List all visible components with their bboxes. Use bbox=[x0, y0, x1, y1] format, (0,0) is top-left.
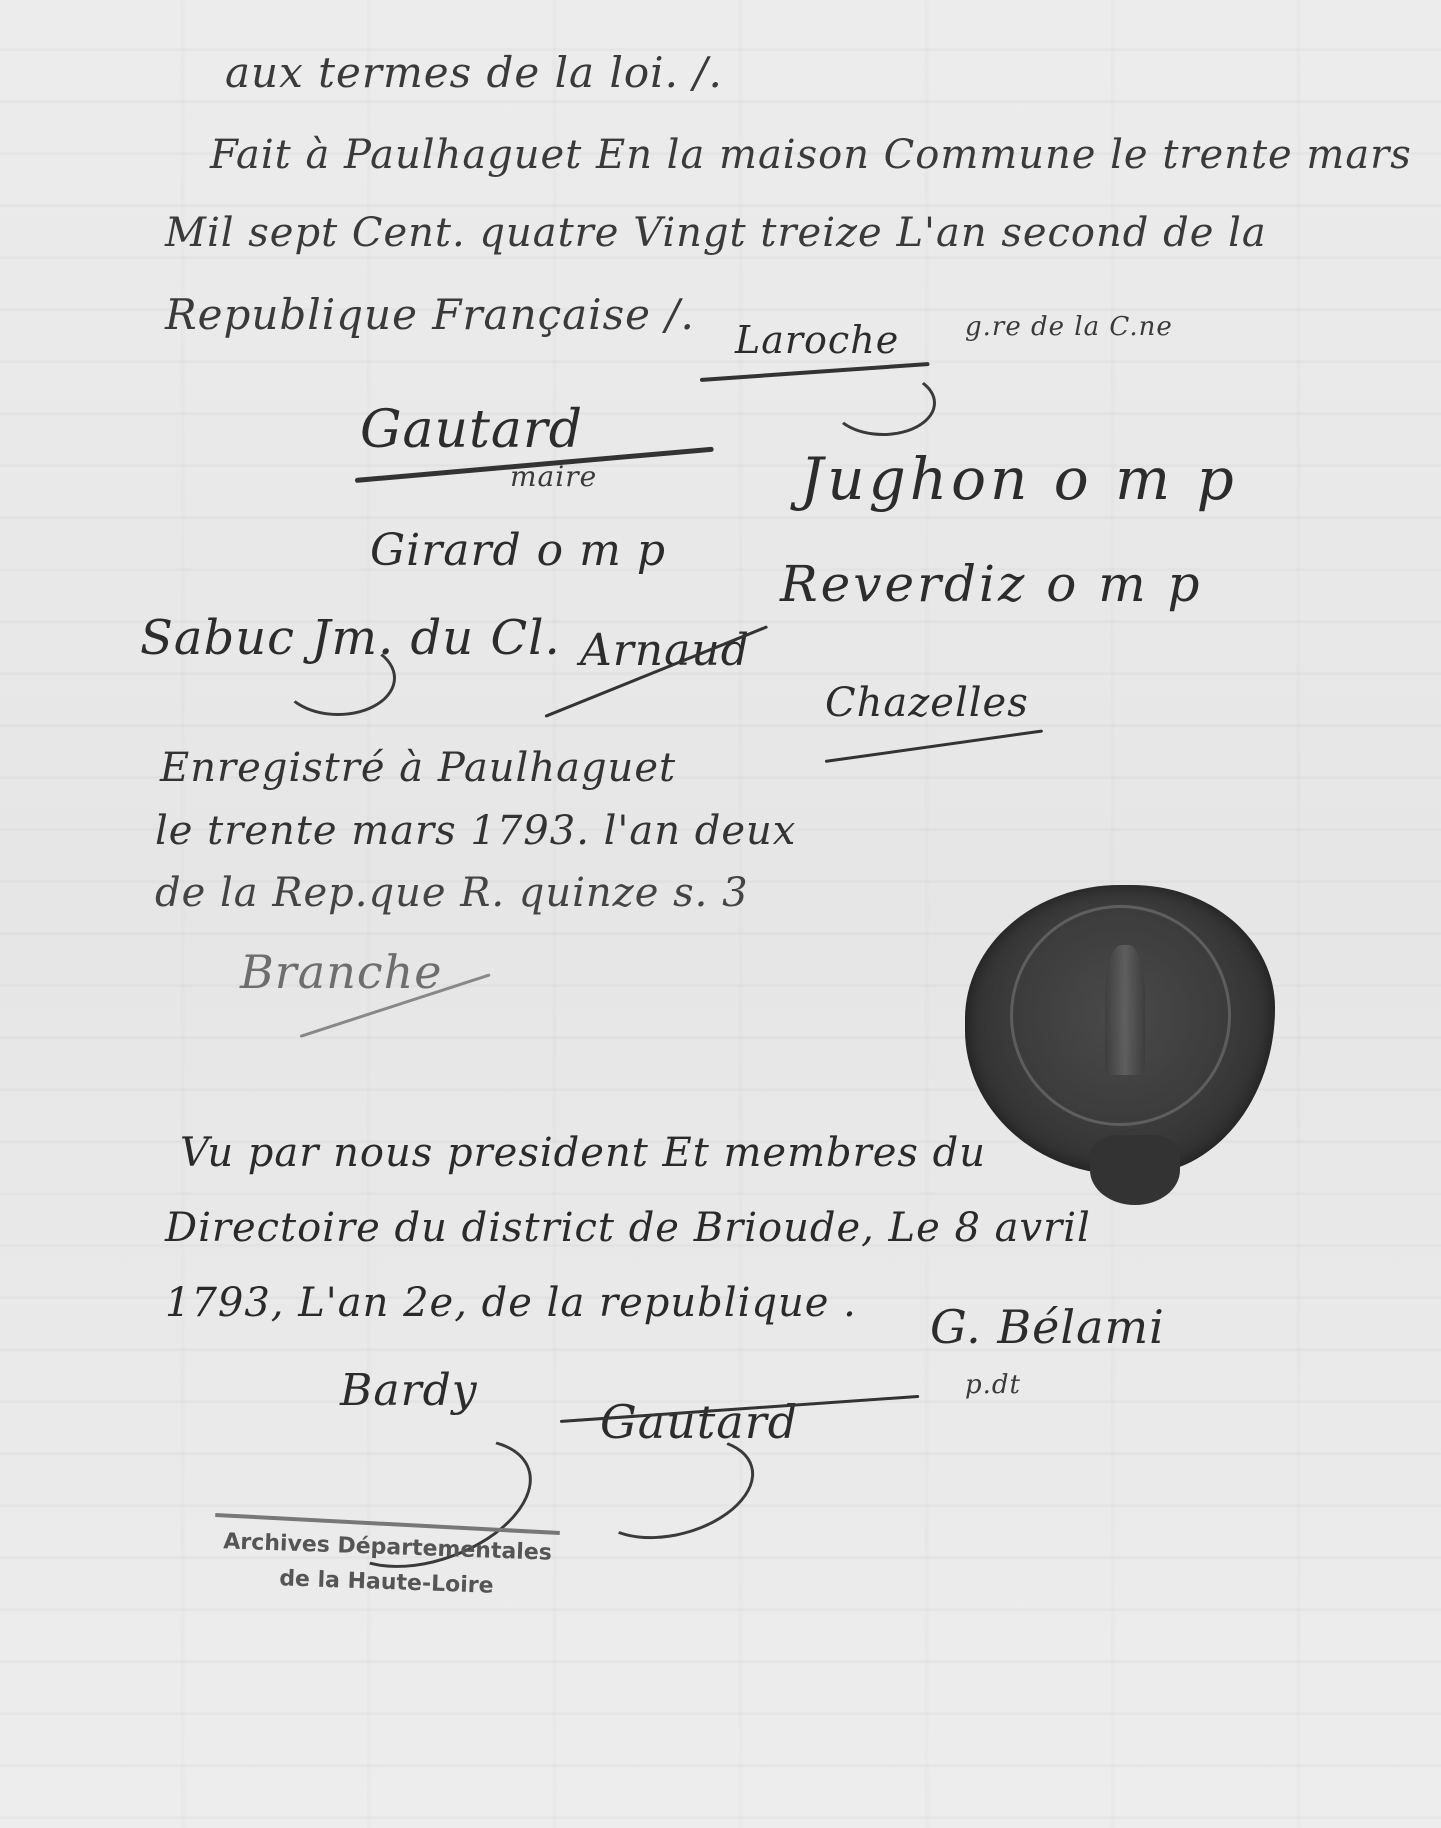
signature-belami: G. Bélami bbox=[930, 1300, 1165, 1354]
chazelles-underline bbox=[825, 729, 1043, 763]
archive-stamp: Archives Départementales de la Haute-Loi… bbox=[211, 1529, 563, 1601]
signature-girard: Girard o m p bbox=[370, 525, 666, 576]
seal-figure bbox=[1105, 945, 1145, 1075]
signature-bardy: Bardy bbox=[340, 1365, 478, 1416]
signature-mayor: Gautard bbox=[360, 400, 583, 460]
signature-belami-title: p.dt bbox=[965, 1370, 1021, 1400]
body-line-1: aux termes de la loi. /. bbox=[225, 48, 723, 97]
sabuc-flourish bbox=[280, 640, 396, 716]
registration-line-1: Enregistré à Paulhaguet bbox=[160, 745, 676, 791]
signature-laroche: Laroche bbox=[735, 318, 899, 362]
laroche-flourish bbox=[830, 370, 936, 436]
directory-line-1: Vu par nous president Et membres du bbox=[180, 1130, 986, 1176]
body-line-3: Mil sept Cent. quatre Vingt treize L'an … bbox=[165, 210, 1267, 256]
registration-line-3: de la Rep.que R. quinze s. 3 bbox=[155, 870, 749, 916]
registration-line-2: le trente mars 1793. l'an deux bbox=[155, 808, 796, 854]
body-line-4: Republique Française /. bbox=[165, 290, 695, 339]
signature-chazelles: Chazelles bbox=[825, 680, 1029, 726]
signature-laroche-title: g.re de la C.ne bbox=[965, 312, 1173, 342]
signature-registrar: Branche bbox=[240, 945, 442, 999]
wax-seal bbox=[965, 885, 1275, 1175]
archive-stamp-line-2: de la Haute-Loire bbox=[211, 1564, 562, 1601]
directory-line-3: 1793, L'an 2e, de la republique . bbox=[165, 1280, 857, 1326]
signature-mayor-title: maire bbox=[510, 460, 597, 493]
document-page: aux termes de la loi. /. Fait à Paulhagu… bbox=[0, 0, 1441, 1828]
archive-stamp-line-1: Archives Départementales bbox=[212, 1529, 563, 1566]
signature-reverdiz: Reverdiz o m p bbox=[780, 555, 1203, 613]
body-line-2: Fait à Paulhaguet En la maison Commune l… bbox=[210, 132, 1412, 178]
directory-line-2: Directoire du district de Brioude, Le 8 … bbox=[165, 1205, 1091, 1251]
signature-jughon: Jughon o m p bbox=[800, 445, 1238, 513]
